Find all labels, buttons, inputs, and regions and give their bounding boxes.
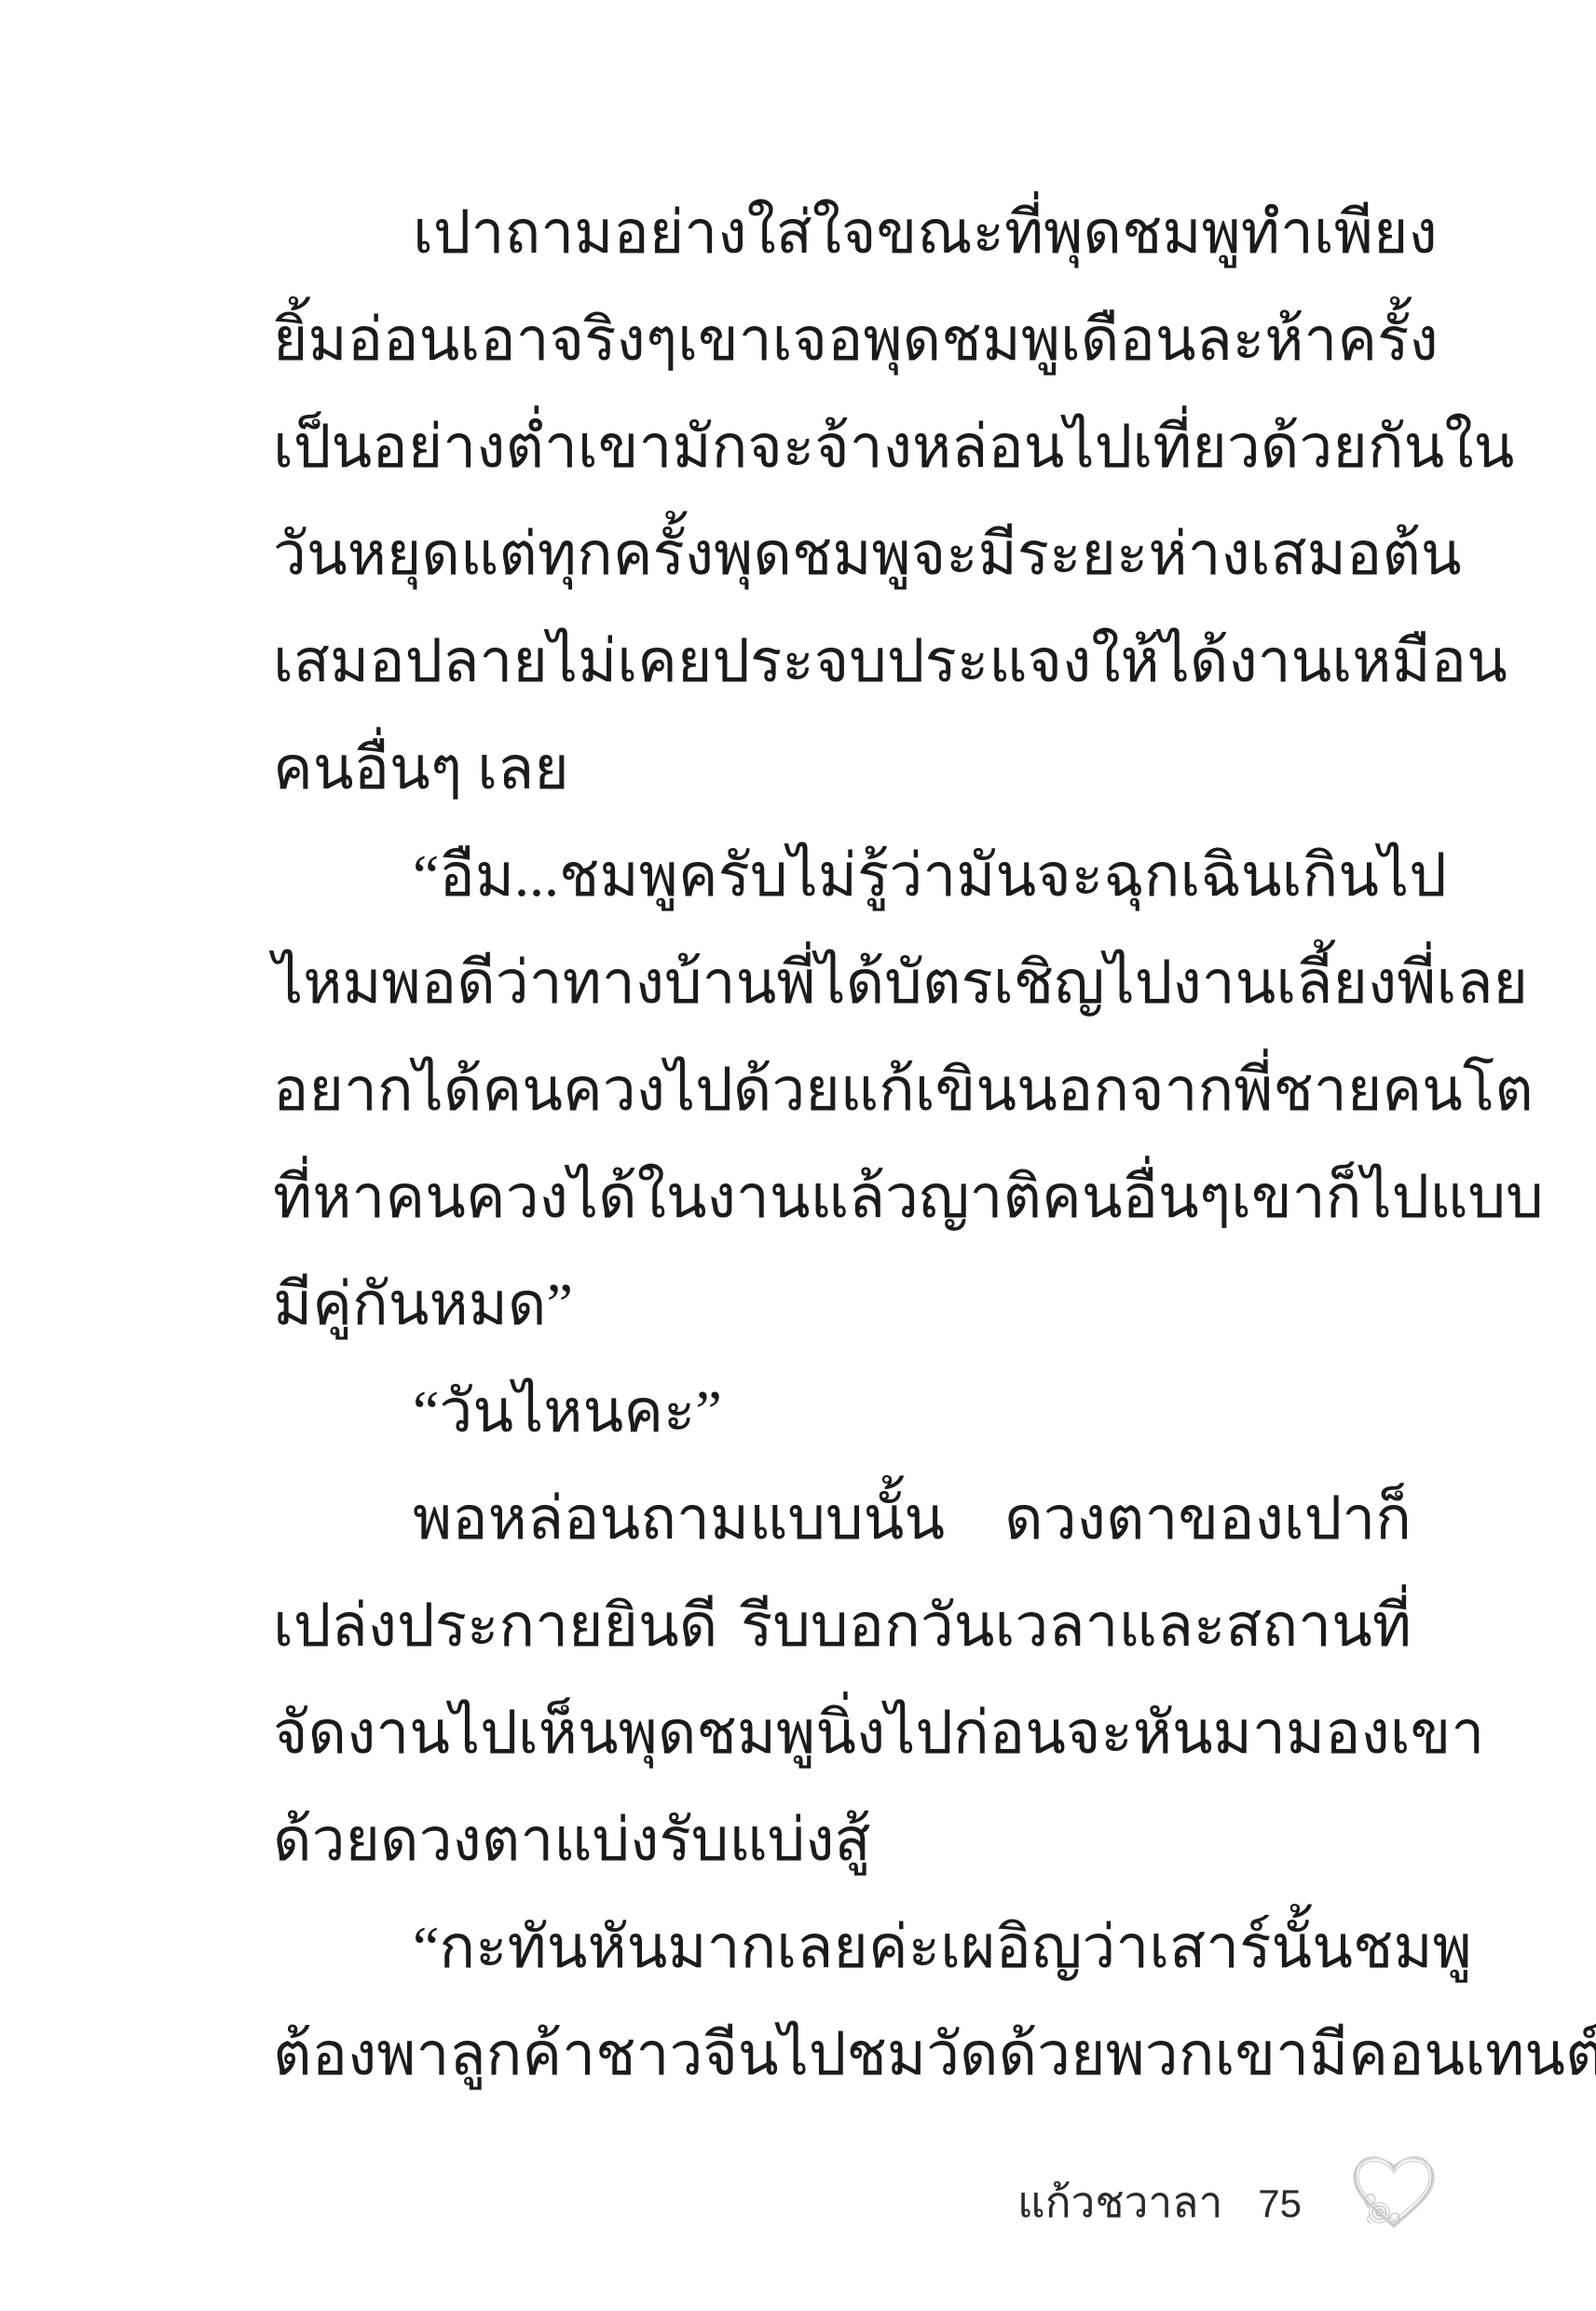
- text-segment: พวกเขามีคอนเทนต์: [1106, 2001, 1596, 2108]
- text-segment: วันหยุด: [273, 500, 460, 608]
- text-line: “อืม...ชมพูครับไม่รู้ว่ามันจะฉุกเฉินเกิน…: [273, 822, 1412, 929]
- text-segment: ที่หาคนควงได้ในงานแล้ว: [273, 1143, 919, 1251]
- text-line: เปาถามอย่างใส่ใจขณะที่พุดชมพูทำเพียง: [273, 179, 1412, 286]
- text-segment: เขาเจอพุดชมพูเดือนละห้าครั้ง: [677, 286, 1439, 393]
- text-line: เปล่งประกายยินดีรีบบอกวันเวลาและสถานที่: [273, 1572, 1412, 1679]
- text-segment: พอหล่อนถามแบบนั้น: [413, 1465, 945, 1572]
- text-segment: เผอิญว่าเสาร์นั้น: [940, 1894, 1353, 2001]
- text-segment: พี่เลย: [1397, 929, 1528, 1036]
- text-segment: ไหม: [273, 929, 382, 1036]
- text-segment: นอกจากพี่ชายคนโต: [1016, 1036, 1534, 1143]
- heart-wreath-icon: [1348, 2151, 1439, 2233]
- text-line: คนอื่นๆ เลย: [273, 715, 1412, 822]
- text-line: พอหล่อนถามแบบนั้นดวงตาของเปาก็: [273, 1465, 1412, 1572]
- text-segment: อยากได้คนควงไปด้วยแก้เขิน: [273, 1036, 1016, 1143]
- page-number: 75: [1258, 2181, 1302, 2227]
- text-segment: “กะทันหันมากเลยค่ะ: [413, 1894, 940, 2001]
- text-line: จัดงานไปเห็นพุดชมพูนิ่งไปก่อนจะหันมามองเ…: [273, 1679, 1412, 1786]
- text-segment: ชมพู: [1353, 1894, 1472, 2001]
- text-line: มีคู่กันหมด”: [273, 1251, 1412, 1358]
- page-footer: แก้วชวาลา 75: [1017, 2177, 1302, 2228]
- text-line: ที่หาคนควงได้ในงานแล้วญาติคนอื่นๆเขาก็ไป…: [273, 1143, 1412, 1251]
- text-segment: ต้องพาลูกค้าชาวจีนไปชมวัดด้วย: [273, 2001, 1106, 2108]
- text-segment: ไม่รู้ว่ามันจะฉุกเฉินเกินไป: [788, 822, 1447, 929]
- text-segment: เขาก็ไปแบบ: [1231, 1143, 1544, 1251]
- text-line: เป็นอย่างต่ำเขามักจะจ้างหล่อนไปเที่ยวด้ว…: [273, 393, 1412, 500]
- text-segment: “อืม...ชมพูครับ: [413, 822, 788, 929]
- text-segment: ไม่เคยประจบประแจงให้ได้งานเหมือน: [548, 608, 1507, 715]
- text-line: ไหมพอดีว่าทางบ้านพี่ได้บัตรเชิญไปงานเลี้…: [273, 929, 1412, 1036]
- text-segment: ยิ้มอ่อน: [273, 286, 459, 393]
- text-segment: รีบบอกวันเวลาและสถานที่: [741, 1572, 1412, 1679]
- text-segment: เอาจริงๆ: [459, 286, 677, 393]
- book-page: เปาถามอย่างใส่ใจขณะที่พุดชมพูทำเพียงยิ้ม…: [0, 0, 1596, 2311]
- text-segment: แต่ทุกครั้งพุดชมพูจะมีระยะห่างเสมอต้น: [460, 500, 1462, 608]
- text-segment: ดวงตาของเปาก็: [1004, 1465, 1412, 1572]
- text-line: ยิ้มอ่อนเอาจริงๆเขาเจอพุดชมพูเดือนละห้าค…: [273, 286, 1412, 393]
- text-segment: เขามักจะจ้างหล่อนไปเที่ยวด้วยกันใน: [578, 393, 1514, 500]
- text-segment: เสมอปลาย: [273, 608, 548, 715]
- text-line: อยากได้คนควงไปด้วยแก้เขินนอกจากพี่ชายคนโ…: [273, 1036, 1412, 1143]
- text-segment: พอดีว่าทางบ้านพี่ได้บัตรเชิญไปงานเลี้ยง: [382, 929, 1398, 1036]
- text-segment: เปล่งประกายยินดี: [273, 1572, 717, 1679]
- text-segment: จัดงานไป: [273, 1679, 518, 1786]
- text-line: วันหยุดแต่ทุกครั้งพุดชมพูจะมีระยะห่างเสม…: [273, 500, 1412, 608]
- text-segment: ญาติคนอื่นๆ: [919, 1143, 1231, 1251]
- text-line: “วันไหนคะ”: [273, 1358, 1412, 1465]
- text-line: ต้องพาลูกค้าชาวจีนไปชมวัดด้วยพวกเขามีคอน…: [273, 2001, 1412, 2108]
- text-block: เปาถามอย่างใส่ใจขณะที่พุดชมพูทำเพียงยิ้ม…: [273, 179, 1412, 2108]
- text-line: เสมอปลายไม่เคยประจบประแจงให้ได้งานเหมือน: [273, 608, 1412, 715]
- text-segment: เป็นอย่างต่ำ: [273, 393, 578, 500]
- text-line: ด้วยดวงตาแบ่งรับแบ่งสู้: [273, 1786, 1412, 1894]
- text-line: “กะทันหันมากเลยค่ะเผอิญว่าเสาร์นั้นชมพู: [273, 1894, 1412, 2001]
- text-segment: เห็นพุดชมพูนิ่งไปก่อนจะหันมามองเขา: [518, 1679, 1485, 1786]
- text-segment: เปาถามอย่างใส่ใจ: [413, 179, 877, 286]
- text-segment: ขณะที่พุดชมพูทำเพียง: [877, 179, 1438, 286]
- book-title: แก้วชวาลา: [1017, 2177, 1222, 2228]
